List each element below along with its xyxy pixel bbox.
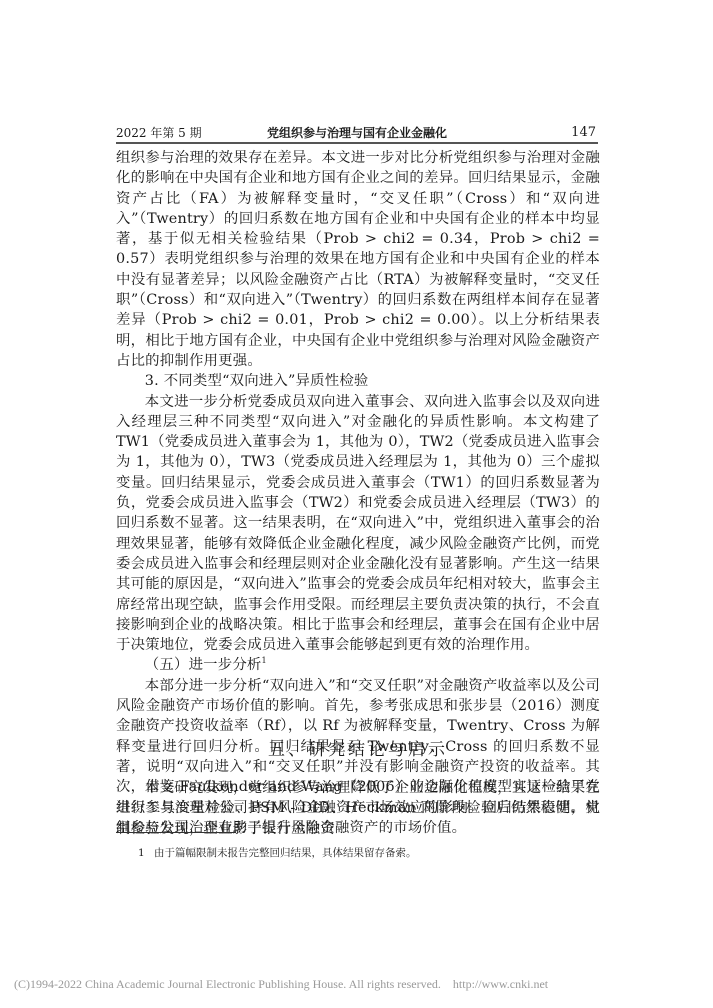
conclusion-text: 本文研究发现，党组织参与治理降低了企业金融化程度，且这一结果在进行工具变量检验、… [116,778,600,839]
header-rule [116,142,598,144]
subheading-further-analysis: （五）进一步分析1 [116,655,600,675]
running-title: 党组织参与治理与国有企业金融化 [116,124,598,142]
body-text: 组织参与治理的效果存在差异。本文进一步对比分析党组织参与治理对金融化的影响在中央… [116,148,600,838]
footnote-number: 1 [138,846,154,860]
subheading-heterogeneity: 3. 不同类型“双向进入”异质性检验 [116,371,600,391]
section-title: 五、研究结论与启示 [116,737,600,763]
paragraph-twoway-entry: 本文进一步分析党委成员双向进入董事会、双向进入监事会以及双向进入经理层三种不同类… [116,392,600,656]
footnote-text: 由于篇幅限制未报告完整回归结果，具体结果留存备索。 [154,847,417,859]
subheading-further-analysis-text: （五）进一步分析 [145,657,262,673]
paragraph-conclusion: 本文研究发现，党组织参与治理降低了企业金融化程度，且这一结果在进行工具变量检验、… [116,778,600,839]
page-number: 147 [571,124,596,142]
page-header: 2022 年第 5 期 党组织参与治理与国有企业金融化 147 [116,124,598,142]
paragraph-soe-comparison: 组织参与治理的效果存在差异。本文进一步对比分析党组织参与治理对金融化的影响在中央… [116,148,600,371]
footnote-mark[interactable]: 1 [262,657,267,666]
footnote-rule [116,832,236,833]
copyright-notice: (C)1994-2022 China Academic Journal Elec… [14,977,548,992]
footnote: 1由于篇幅限制未报告完整回归结果，具体结果留存备索。 [138,846,417,860]
